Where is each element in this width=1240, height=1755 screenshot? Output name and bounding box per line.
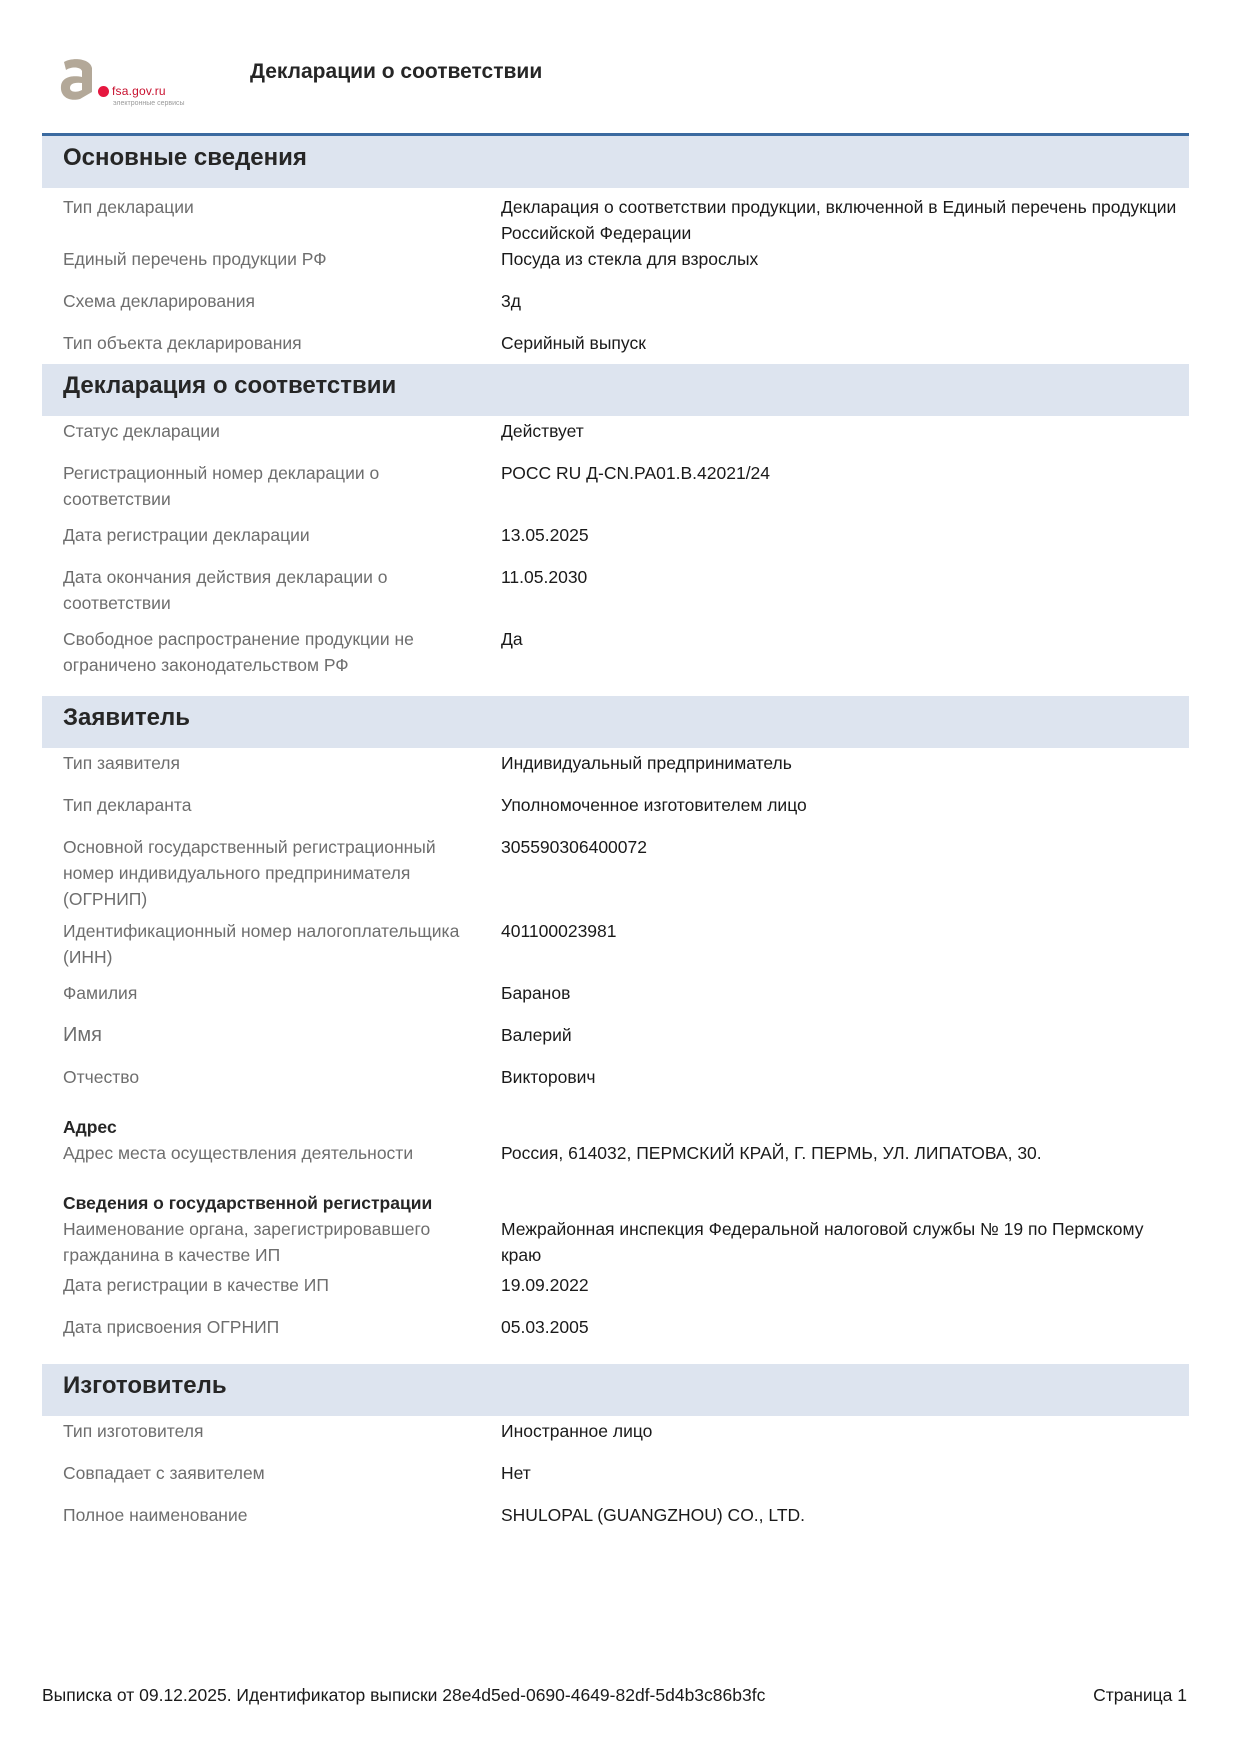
field-row: Тип декларации Декларация о соответствии… [42,194,1189,246]
field-value: Декларация о соответствии продукции, вкл… [501,194,1189,246]
field-value: Серийный выпуск [501,330,1189,356]
field-row: Отчество Викторович [42,1064,1189,1106]
field-row: Основной государственный регистрационный… [42,834,1189,918]
field-value: Валерий [501,1022,1189,1064]
subsection-registration-title: Сведения о государственной регистрации [42,1190,1189,1216]
section-basic: Тип декларации Декларация о соответствии… [42,188,1189,364]
field-row: Дата регистрации в качестве ИП 19.09.202… [42,1272,1189,1314]
field-value: Уполномоченное изготовителем лицо [501,792,1189,834]
section-manufacturer-title: Изготовитель [42,1364,1189,1416]
field-value: 11.05.2030 [501,564,1189,626]
field-value: Баранов [501,980,1189,1022]
field-label: Наименование органа, зарегистрировавшего… [42,1216,501,1272]
field-row: Схема декларирования 3д [42,288,1189,330]
field-label: Дата регистрации декларации [42,522,501,564]
field-label: Полное наименование [42,1502,501,1544]
field-row: Тип объекта декларирования Серийный выпу… [42,330,1189,356]
field-row: Наименование органа, зарегистрировавшего… [42,1216,1189,1272]
field-label: Совпадает с заявителем [42,1460,501,1502]
field-value: Россия, 614032, ПЕРМСКИЙ КРАЙ, Г. ПЕРМЬ,… [501,1140,1189,1182]
field-value: 13.05.2025 [501,522,1189,564]
section-applicant-title: Заявитель [42,696,1189,748]
field-value: Межрайонная инспекция Федеральной налого… [501,1216,1189,1272]
logo-dot-icon [98,86,109,97]
field-row: Полное наименование SHULOPAL (GUANGZHOU)… [42,1502,1189,1544]
field-value: 19.09.2022 [501,1272,1189,1314]
field-label: Тип декларанта [42,792,501,834]
field-value: Да [501,626,1189,688]
field-label: Единый перечень продукции РФ [42,246,501,288]
field-value: Нет [501,1460,1189,1502]
field-value: Индивидуальный предприниматель [501,750,1189,792]
field-label: Тип заявителя [42,750,501,792]
field-row: Свободное распространение продукции не о… [42,626,1189,688]
field-label: Регистрационный номер декларации о соотв… [42,460,501,522]
field-value: 3д [501,288,1189,330]
page-header: fsa.gov.ru электронные сервисы Деклараци… [0,0,1240,136]
document-title: Декларации о соответствии [250,60,542,84]
field-value: SHULOPAL (GUANGZHOU) CO., LTD. [501,1502,1189,1544]
field-label: Идентификационный номер налогоплательщик… [42,918,501,980]
field-row: Дата присвоения ОГРНИП 05.03.2005 [42,1314,1189,1356]
field-label: Тип изготовителя [42,1418,501,1460]
field-row: Совпадает с заявителем Нет [42,1460,1189,1502]
section-declaration-title: Декларация о соответствии [42,364,1189,416]
page-footer: Выписка от 09.12.2025. Идентификатор вып… [42,1685,1187,1706]
field-label: Схема декларирования [42,288,501,330]
field-label: Фамилия [42,980,501,1022]
field-row: Тип декларанта Уполномоченное изготовите… [42,792,1189,834]
field-value: Иностранное лицо [501,1418,1189,1460]
field-row: Тип заявителя Индивидуальный предпринима… [42,750,1189,792]
field-row: Адрес места осуществления деятельности Р… [42,1140,1189,1182]
field-row: Регистрационный номер декларации о соотв… [42,460,1189,522]
field-value: 401100023981 [501,918,1189,980]
section-applicant: Тип заявителя Индивидуальный предпринима… [42,748,1189,1364]
field-label: Адрес места осуществления деятельности [42,1140,501,1182]
field-value: РОСС RU Д-CN.РА01.В.42021/24 [501,460,1189,522]
field-value: 305590306400072 [501,834,1189,918]
field-label: Основной государственный регистрационный… [42,834,501,918]
section-basic-title: Основные сведения [42,136,1189,188]
field-row: Дата регистрации декларации 13.05.2025 [42,522,1189,564]
section-manufacturer: Тип изготовителя Иностранное лицо Совпад… [42,1416,1189,1552]
field-label: Свободное распространение продукции не о… [42,626,501,688]
page-number: Страница 1 [1093,1685,1187,1706]
field-label: Отчество [42,1064,501,1106]
field-value: Посуда из стекла для взрослых [501,246,1189,288]
field-label: Статус декларации [42,418,501,460]
field-label: Тип декларации [42,194,501,246]
field-row: Имя Валерий [42,1022,1189,1064]
extract-info: Выписка от 09.12.2025. Идентификатор вып… [42,1685,765,1705]
field-row: Дата окончания действия декларации о соо… [42,564,1189,626]
field-row: Идентификационный номер налогоплательщик… [42,918,1189,980]
section-declaration: Статус декларации Действует Регистрацион… [42,416,1189,696]
field-value: Викторович [501,1064,1189,1106]
field-row: Статус декларации Действует [42,418,1189,460]
document-body: Основные сведения Тип декларации Деклара… [42,136,1189,1552]
field-label: Тип объекта декларирования [42,330,501,356]
logo-domain: fsa.gov.ru [112,84,166,98]
field-row: Фамилия Баранов [42,980,1189,1022]
subsection-address-title: Адрес [42,1114,1189,1140]
logo-subtitle: электронные сервисы [113,100,185,107]
field-value: Действует [501,418,1189,460]
field-label: Имя [42,1022,501,1064]
field-value: 05.03.2005 [501,1314,1189,1356]
field-label: Дата окончания действия декларации о соо… [42,564,501,626]
fsa-logo-a-icon [58,58,98,100]
field-row: Единый перечень продукции РФ Посуда из с… [42,246,1189,288]
field-row: Тип изготовителя Иностранное лицо [42,1418,1189,1460]
fsa-logo[interactable]: fsa.gov.ru электронные сервисы [58,58,208,114]
field-label: Дата присвоения ОГРНИП [42,1314,501,1356]
field-label: Дата регистрации в качестве ИП [42,1272,501,1314]
